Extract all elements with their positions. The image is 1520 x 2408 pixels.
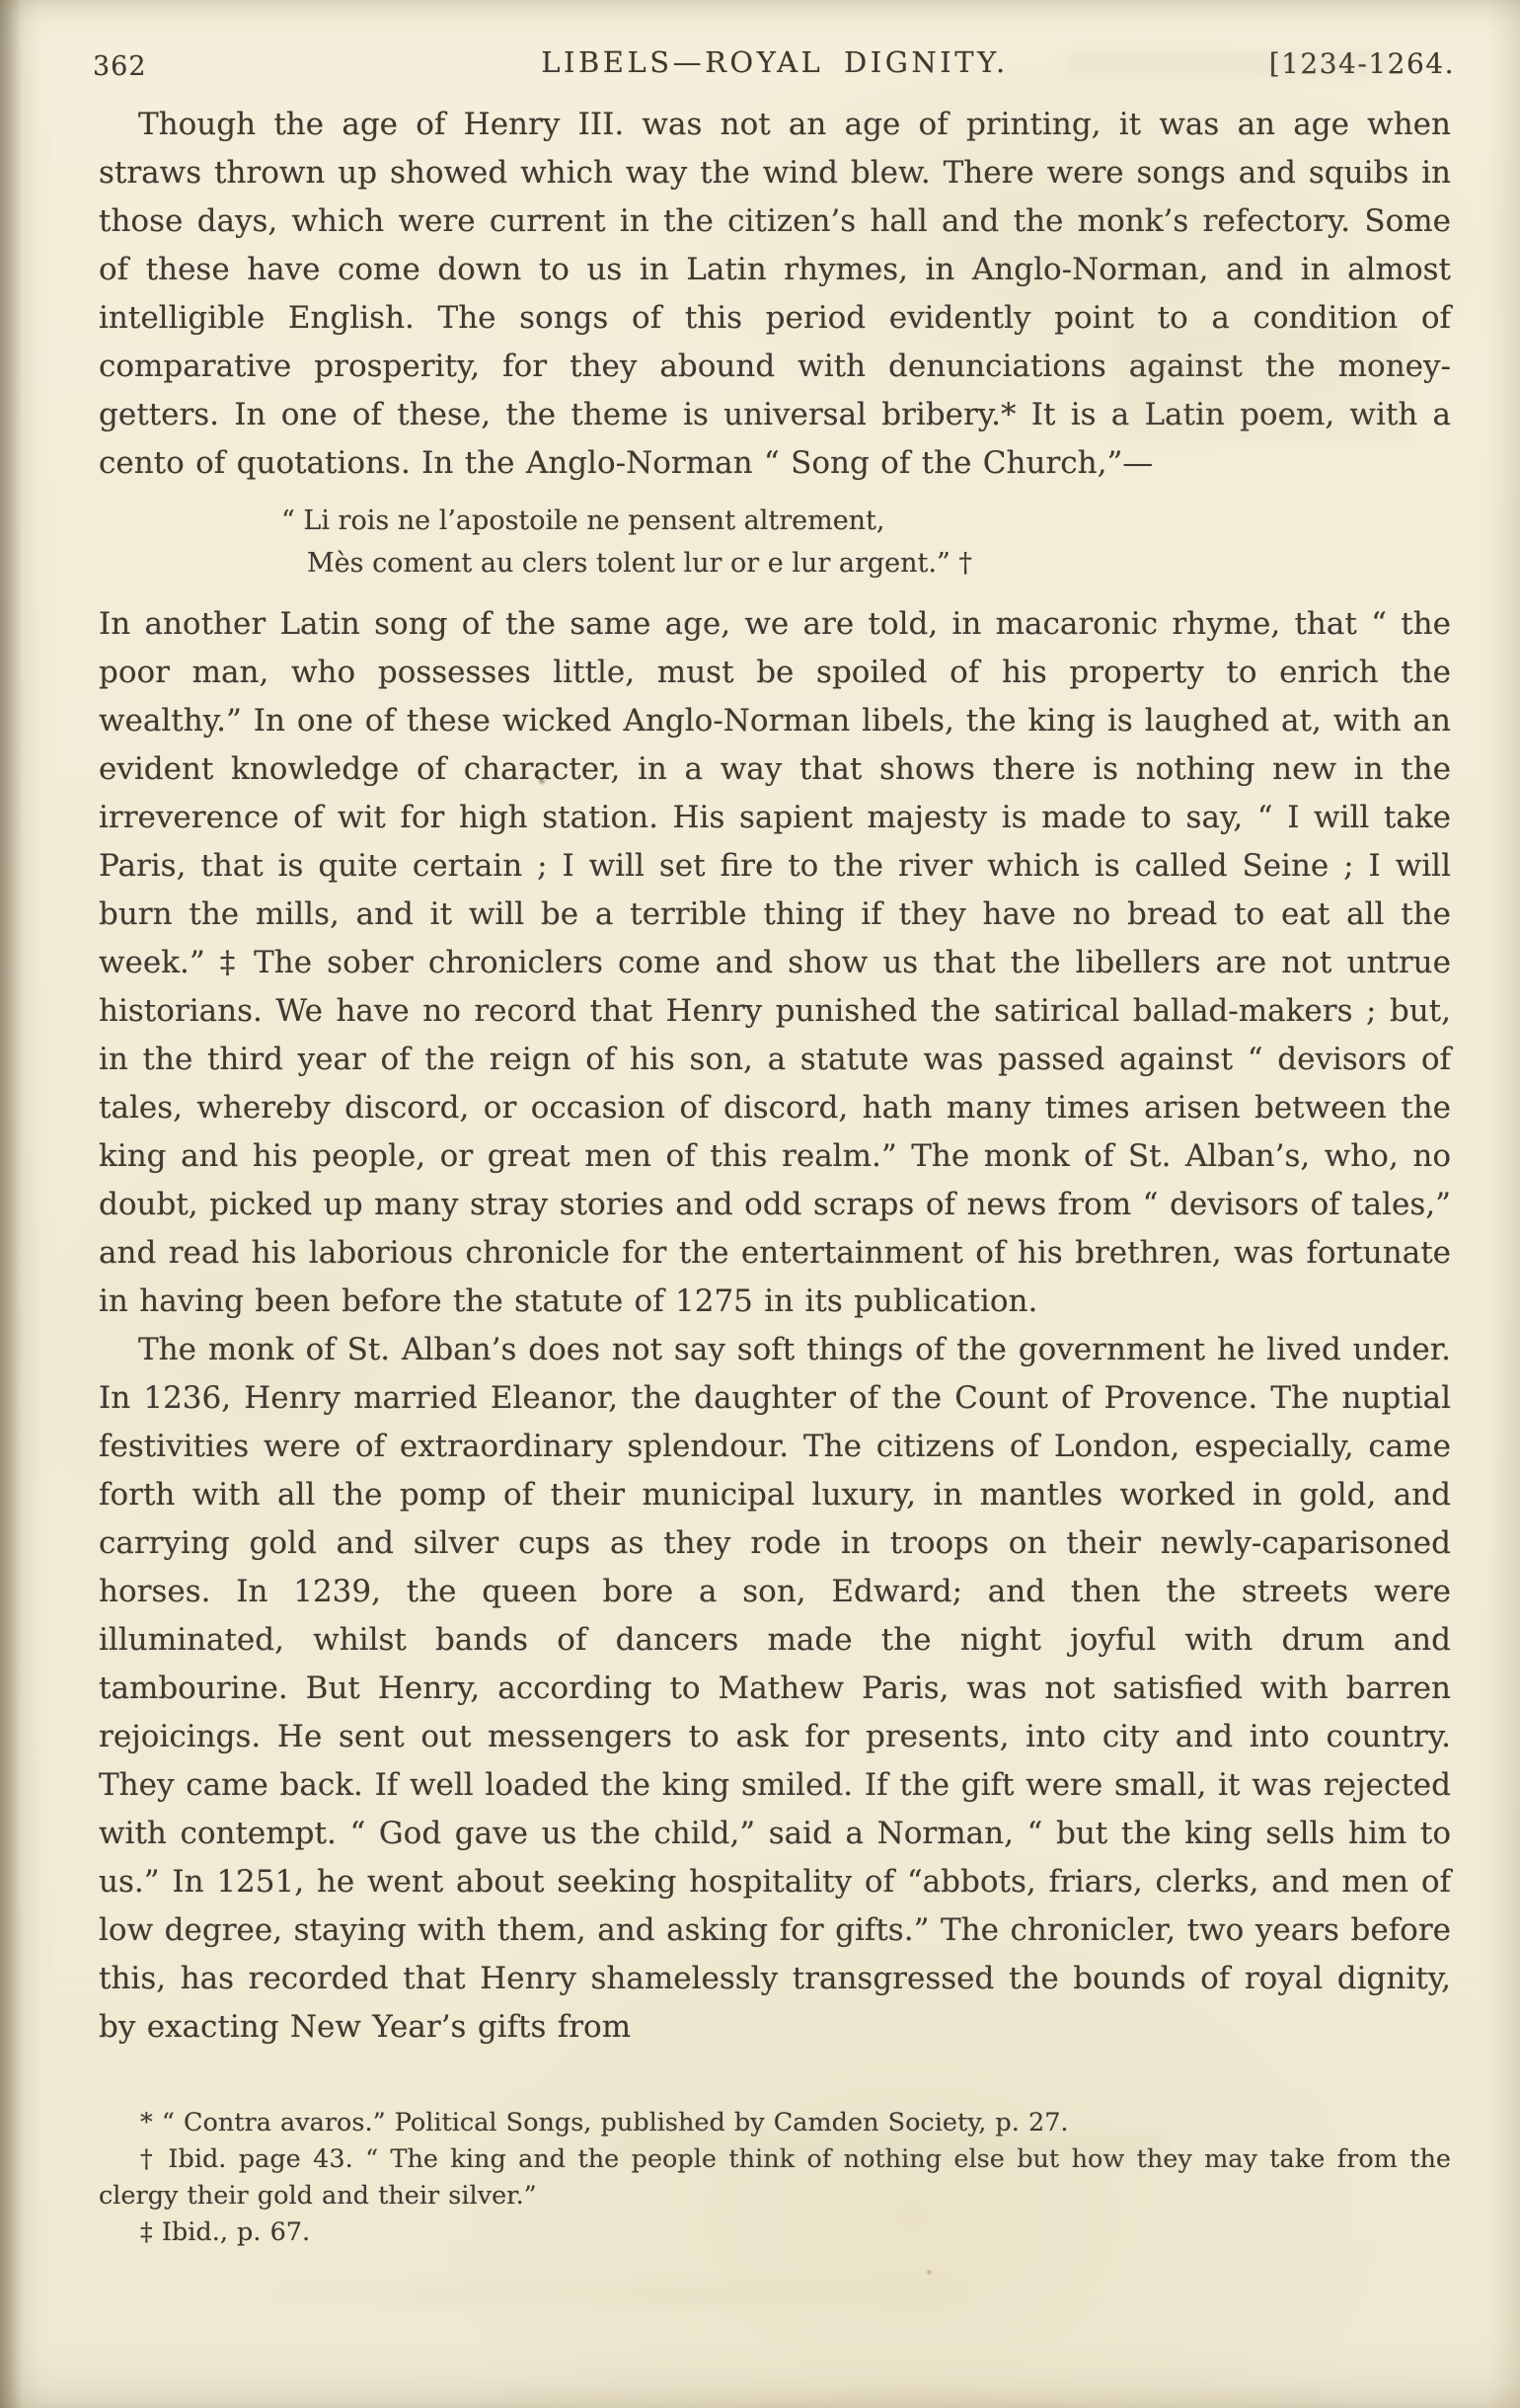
footnote-dagger: † Ibid. page 43. “ The king and the peop… — [99, 2141, 1451, 2214]
verse-line: “ Li rois ne l’apostoile ne pensent altr… — [281, 500, 1451, 542]
footnote-double-dagger: ‡ Ibid., p. 67. — [99, 2214, 1451, 2251]
footnote-asterisk: * “ Contra avaros.” Political Songs, pub… — [99, 2105, 1451, 2141]
running-head: LIBELS—ROYAL DIGNITY. — [99, 43, 1451, 79]
paragraph-monk-st-albans: The monk of St. Alban’s does not say sof… — [99, 1326, 1451, 2052]
verse-quote: “ Li rois ne l’apostoile ne pensent altr… — [281, 500, 1451, 584]
paragraph-latin-song: In another Latin song of the same age, w… — [99, 600, 1451, 1326]
show-through-ghost — [276, 2281, 967, 2306]
footnotes-section: * “ Contra avaros.” Political Songs, pub… — [99, 2105, 1451, 2251]
book-page-scan: 362 LIBELS—ROYAL DIGNITY. [1234-1264. Th… — [0, 0, 1520, 2408]
verse-line: Mès coment au clers tolent lur or e lur … — [281, 542, 1451, 584]
page-body: Though the age of Henry III. was not an … — [99, 101, 1451, 2052]
page-header: 362 LIBELS—ROYAL DIGNITY. [1234-1264. — [99, 43, 1451, 89]
paper-speck — [926, 2269, 933, 2276]
paragraph-henry-age: Though the age of Henry III. was not an … — [99, 101, 1451, 488]
year-range: [1234-1264. — [1269, 47, 1455, 80]
page-number: 362 — [93, 51, 147, 82]
